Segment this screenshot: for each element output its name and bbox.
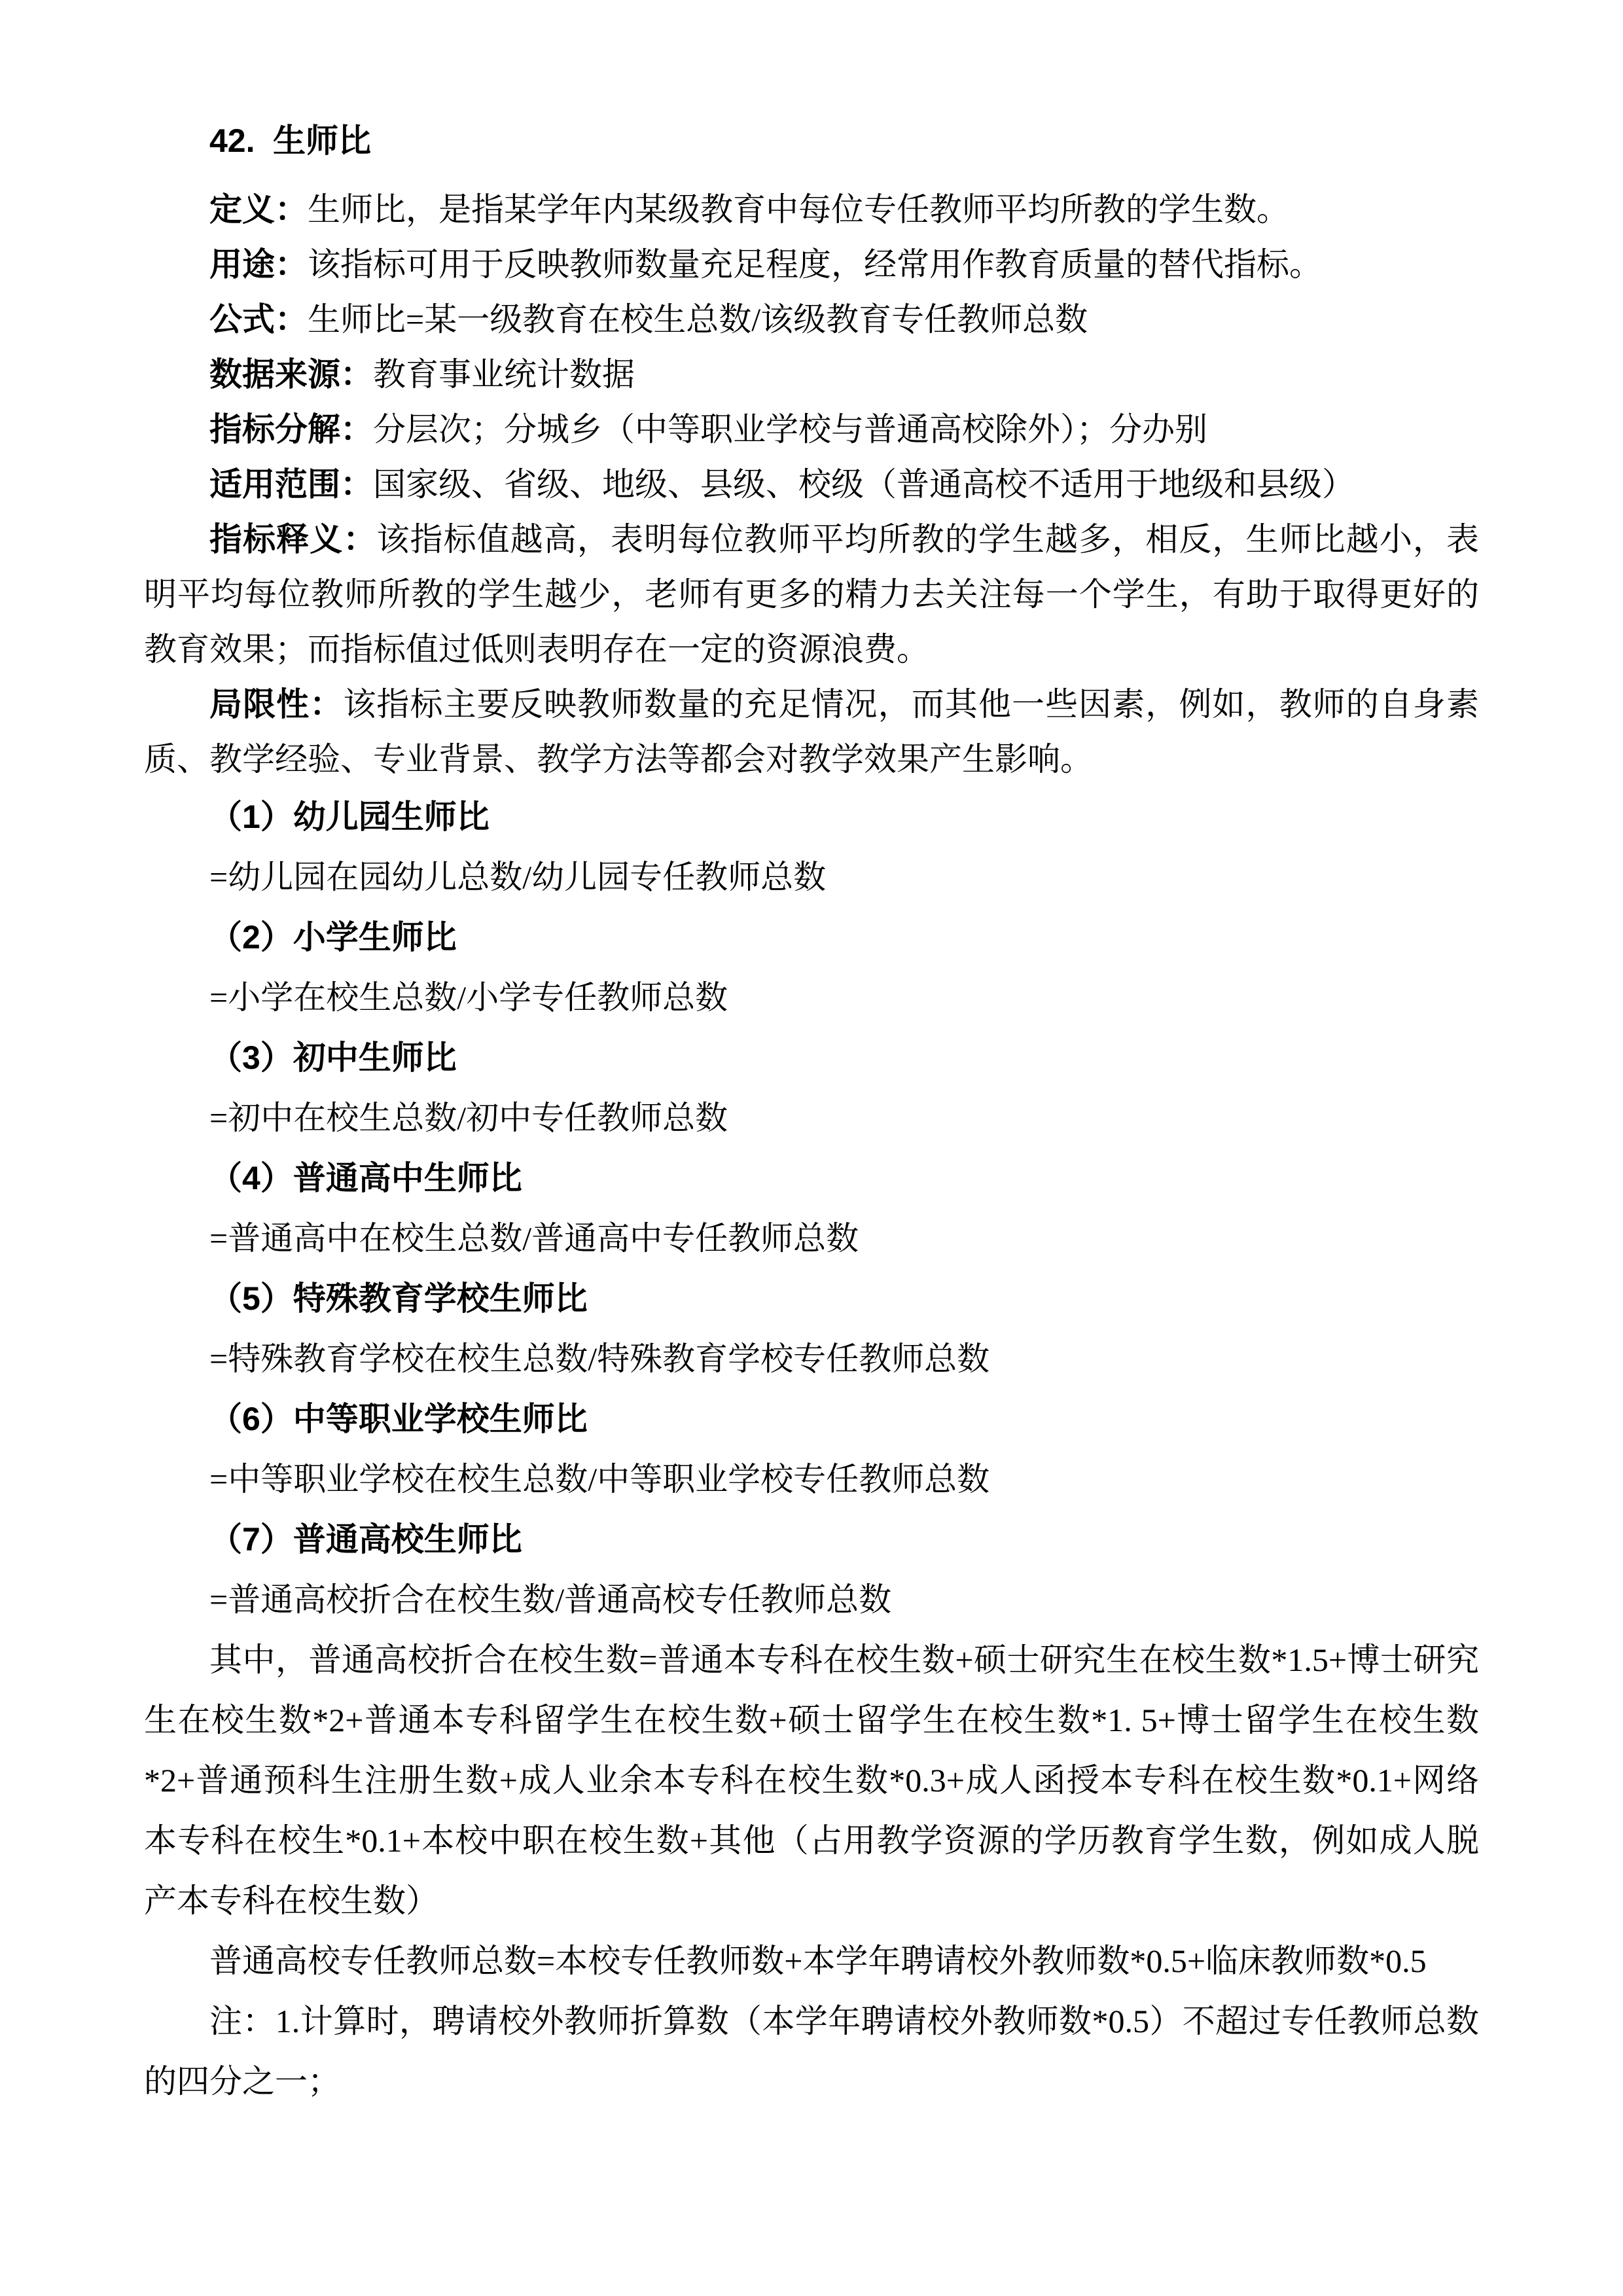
item-heading-1-text: （1）幼儿园生师比 [209,798,490,835]
item-heading-4-text: （4）普通高中生师比 [209,1160,522,1196]
item-heading-3: （3）初中生师比 [144,1028,1479,1088]
item-heading-6: （6）中等职业学校生师比 [144,1389,1479,1449]
note-line-1-text: 注：1.计算时，聘请校外教师折算数（本学年聘请校外教师数*0.5）不超过专任教师… [209,2003,1479,2039]
item-heading-5-text: （5）特殊教育学校生师比 [209,1280,588,1317]
usage-line: 用途：该指标可用于反映教师数量充足程度，经常用作教育质量的替代指标。 [144,237,1479,292]
teacher-total-line: 普通高校专任教师总数=本校专任教师数+本学年聘请校外教师数*0.5+临床教师数*… [144,1931,1479,1991]
conversion-line-4: 本专科在校生*0.1+本校中职在校生数+其他（占用教学资源的学历教育学生数，例如… [144,1810,1479,1871]
usage-line-text: 该指标可用于反映教师数量充足程度，经常用作教育质量的替代指标。 [308,246,1322,283]
page-title: 42.生师比 [144,113,1479,168]
item-heading-3-text: （3）初中生师比 [209,1039,457,1076]
item-formula-6-text: =中等职业学校在校生总数/中等职业学校专任教师总数 [209,1461,990,1498]
item-formula-6: =中等职业学校在校生总数/中等职业学校专任教师总数 [144,1449,1479,1509]
limitation-line-2-text: 质、教学经验、专业背景、教学方法等都会对教学效果产生影响。 [144,741,1093,778]
formula-line: 公式：生师比=某一级教育在校生总数/该级教育专任教师总数 [144,292,1479,347]
conversion-line-4-text: 本专科在校生*0.1+本校中职在校生数+其他（占用教学资源的学历教育学生数，例如… [144,1822,1479,1859]
item-formula-5-text: =特殊教育学校在校生总数/特殊教育学校专任教师总数 [209,1340,990,1377]
limitation-line-1-text: 该指标主要反映教师数量的充足情况，而其他一些因素，例如，教师的自身素 [343,686,1479,723]
item-heading-2-text: （2）小学生师比 [209,919,457,956]
item-formula-4-text: =普通高中在校生总数/普通高中专任教师总数 [209,1220,859,1257]
item-formula-3-text: =初中在校生总数/初中专任教师总数 [209,1100,728,1136]
item-formula-1-text: =幼儿园在园幼儿总数/幼儿园专任教师总数 [209,859,826,895]
conversion-line-5-text: 产本专科在校生数） [144,1882,438,1919]
note-line-2-text: 的四分之一； [144,2063,340,2100]
document-screenshot: { "page": { "background": "#ffffff", "te… [0,0,1623,2296]
item-heading-5: （5）特殊教育学校生师比 [144,1268,1479,1329]
formula-line-text: 生师比=某一级教育在校生总数/该级教育专任教师总数 [308,301,1088,338]
item-formula-7: =普通高校折合在校生数/普通高校专任教师总数 [144,1570,1479,1630]
document-body: 定义：生师比，是指某学年内某级教育中每位专任教师平均所教的学生数。用途：该指标可… [144,182,1479,2111]
decomposition-line-label: 指标分解： [209,411,373,448]
note-line-1: 注：1.计算时，聘请校外教师折算数（本学年聘请校外教师数*0.5）不超过专任教师… [144,1991,1479,2051]
decomposition-line: 指标分解：分层次；分城乡（中等职业学校与普通高校除外）；分办别 [144,402,1479,457]
conversion-line-3: *2+普通预科生注册生数+成人业余本专科在校生数*0.3+成人函授本专科在校生数… [144,1750,1479,1810]
item-formula-3: =初中在校生总数/初中专任教师总数 [144,1088,1479,1148]
item-formula-2: =小学在校生总数/小学专任教师总数 [144,967,1479,1028]
interpretation-line-2-text: 明平均每位教师所教的学生越少，老师有更多的精力去关注每一个学生，有助于取得更好的 [144,576,1479,613]
item-formula-7-text: =普通高校折合在校生数/普通高校专任教师总数 [209,1581,891,1618]
interpretation-line-1-label: 指标释义： [209,521,376,558]
item-heading-7: （7）普通高校生师比 [144,1509,1479,1570]
definition-line: 定义：生师比，是指某学年内某级教育中每位专任教师平均所教的学生数。 [144,182,1479,237]
interpretation-line-3: 教育效果；而指标值过低则表明存在一定的资源浪费。 [144,622,1479,677]
item-heading-7-text: （7）普通高校生师比 [209,1521,522,1558]
document-page: 42.生师比 定义：生师比，是指某学年内某级教育中每位专任教师平均所教的学生数。… [0,0,1623,2296]
item-heading-6-text: （6）中等职业学校生师比 [209,1401,588,1437]
definition-line-text: 生师比，是指某学年内某级教育中每位专任教师平均所教的学生数。 [308,191,1289,228]
formula-line-label: 公式： [209,301,308,338]
interpretation-line-1-text: 该指标值越高，表明每位教师平均所教的学生越多，相反，生师比越小，表 [376,521,1479,558]
usage-line-label: 用途： [209,246,308,283]
note-line-2: 的四分之一； [144,2051,1479,2111]
teacher-total-line-text: 普通高校专任教师总数=本校专任教师数+本学年聘请校外教师数*0.5+临床教师数*… [209,1943,1427,1979]
item-formula-5: =特殊教育学校在校生总数/特殊教育学校专任教师总数 [144,1329,1479,1389]
data-source-line-text: 教育事业统计数据 [373,356,635,393]
limitation-line-2: 质、教学经验、专业背景、教学方法等都会对教学效果产生影响。 [144,732,1479,787]
scope-line-text: 国家级、省级、地级、县级、校级（普通高校不适用于地级和县级） [373,466,1355,503]
data-source-line-label: 数据来源： [209,356,373,393]
section-title-text: 生师比 [273,122,371,159]
decomposition-line-text: 分层次；分城乡（中等职业学校与普通高校除外）；分办别 [373,411,1207,448]
conversion-line-1: 其中，普通高校折合在校生数=普通本专科在校生数+硕士研究生在校生数*1.5+博士… [144,1630,1479,1690]
data-source-line: 数据来源：教育事业统计数据 [144,347,1479,402]
conversion-line-3-text: *2+普通预科生注册生数+成人业余本专科在校生数*0.3+成人函授本专科在校生数… [144,1762,1479,1799]
conversion-line-1-text: 其中，普通高校折合在校生数=普通本专科在校生数+硕士研究生在校生数*1.5+博士… [209,1641,1479,1678]
limitation-line-1: 局限性：该指标主要反映教师数量的充足情况，而其他一些因素，例如，教师的自身素 [144,677,1479,732]
interpretation-line-2: 明平均每位教师所教的学生越少，老师有更多的精力去关注每一个学生，有助于取得更好的 [144,567,1479,622]
item-formula-1: =幼儿园在园幼儿总数/幼儿园专任教师总数 [144,847,1479,907]
section-number: 42. [209,122,255,159]
scope-line: 适用范围：国家级、省级、地级、县级、校级（普通高校不适用于地级和县级） [144,457,1479,512]
definition-line-label: 定义： [209,191,308,228]
limitation-line-1-label: 局限性： [209,686,343,723]
conversion-line-2: 生在校生数*2+普通本专科留学生在校生数+硕士留学生在校生数*1. 5+博士留学… [144,1690,1479,1750]
item-heading-2: （2）小学生师比 [144,907,1479,967]
interpretation-line-3-text: 教育效果；而指标值过低则表明存在一定的资源浪费。 [144,631,929,668]
item-heading-1: （1）幼儿园生师比 [144,787,1479,847]
item-formula-4: =普通高中在校生总数/普通高中专任教师总数 [144,1208,1479,1268]
conversion-line-5: 产本专科在校生数） [144,1871,1479,1931]
item-formula-2-text: =小学在校生总数/小学专任教师总数 [209,979,728,1016]
interpretation-line-1: 指标释义：该指标值越高，表明每位教师平均所教的学生越多，相反，生师比越小，表 [144,512,1479,567]
conversion-line-2-text: 生在校生数*2+普通本专科留学生在校生数+硕士留学生在校生数*1. 5+博士留学… [144,1702,1479,1738]
scope-line-label: 适用范围： [209,466,373,503]
item-heading-4: （4）普通高中生师比 [144,1148,1479,1208]
